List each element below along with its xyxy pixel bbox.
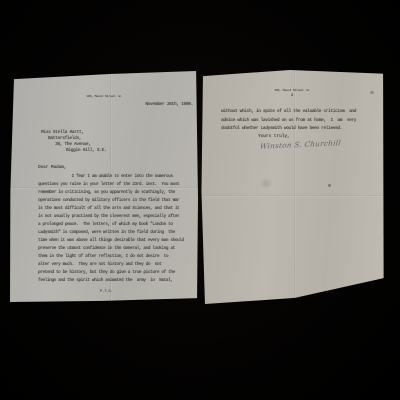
letter-body-line: a prolonged peace. The letters, of which… xyxy=(38,221,191,229)
signature: Winston S. Churchill xyxy=(259,138,341,151)
fold-crease-vertical xyxy=(294,69,296,305)
letter-body-line: time when it was above all things desira… xyxy=(38,237,191,245)
paper-speck xyxy=(328,184,331,187)
letterhead: 105, Mount Street. W. xyxy=(200,89,384,92)
letter-body-line: is the most difficult of all the arts an… xyxy=(38,205,191,213)
page-turn-mark: P.T.O. xyxy=(100,290,113,294)
letter-body-line: doubtful whether Ladysmith would have be… xyxy=(221,125,373,134)
letter-body-line: feelings and the spirit which animated t… xyxy=(38,277,191,285)
letter-body-line: preserve the utmost confidence in the Ge… xyxy=(38,245,191,253)
fold-crease-horizontal xyxy=(200,195,384,197)
letter-body-line: pretend to be history, but they do give … xyxy=(38,269,191,277)
closing: Yours truly, xyxy=(258,134,290,139)
salutation: Dear Madam, xyxy=(38,165,66,170)
letter-body-line: Ladysmith" is composed, were written in … xyxy=(38,229,191,237)
letter-body-line: I fear I am unable to enter into the num… xyxy=(38,173,191,181)
letter-body: I fear I am unable to enter into the num… xyxy=(38,173,191,285)
letter-body: without which, in spite of all the valua… xyxy=(221,108,373,134)
page-number: 2 xyxy=(200,94,384,98)
letter-body-line: questions you raise in your letter of th… xyxy=(38,181,191,189)
letter-body-line: alter very much. They are not history an… xyxy=(38,261,191,269)
letter-page-1: 105, Mount Street. W. November 26th, 190… xyxy=(10,71,198,302)
letterhead: 105, Mount Street. W. xyxy=(10,95,198,98)
letter-body-line: operations conducted by military officer… xyxy=(38,197,191,205)
letter-body-line: remember in criticising, as you apparent… xyxy=(38,189,191,197)
letter-body-line: advice which was lavished on us from at … xyxy=(221,117,373,126)
letter-body-line: is not usually practised by the cleveres… xyxy=(38,213,191,221)
recipient-line: Biggin Hill, S.E. xyxy=(66,148,106,154)
photo-of-letters: 105, Mount Street. W. November 26th, 190… xyxy=(0,0,400,400)
letter-page-2: 105, Mount Street. W. 2 without which, i… xyxy=(200,69,384,305)
letter-body-line: them in the light of after reflection, I… xyxy=(38,253,191,261)
paper-stain xyxy=(258,179,274,188)
letter-date: November 26th, 1900. xyxy=(145,102,193,107)
recipient-address: Miss Stella Hartt, Battersfields, 38, Th… xyxy=(41,130,106,154)
letter-body-line: without which, in spite of all the valua… xyxy=(221,108,373,117)
